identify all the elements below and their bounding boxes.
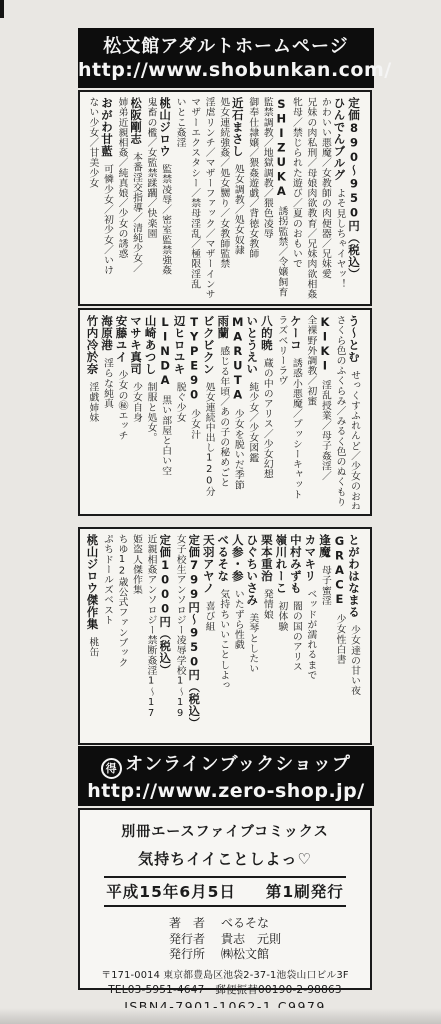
work-titles: いとこ姦淫 [175,97,186,148]
catalog-box-3: とがわはなまる少女達の甘い夜 GRACE少女性白書 逢魔母子蜜淫 カマキリベッド… [78,527,372,745]
catalog-column: 女子校生アンソロジー凌辱学校1〜19 [174,534,189,738]
author-name: 人参・参 [232,534,245,582]
work-titles: 誘拐監禁／令嬢飼育 [276,206,287,297]
credit-label: 発行所 [169,947,205,963]
catalog-column: 栗本重治発情娘 [261,534,276,738]
work-titles: 処女連続強姦／処女嬲り／女教師監禁 [218,97,229,269]
print-date: 平成15年6月5日 [106,880,236,902]
work-titles: ちゆ12歳公式ファンブック [117,534,128,668]
author-name: 逢魔 [319,534,332,558]
credit-value: 貴志 元則 [221,932,281,948]
work-titles: 少女を脱いだ季節 [233,409,244,490]
catalog-column: MARUTA少女を脱いだ季節 [232,315,247,509]
work-titles: 少女達の甘い夜 [349,625,360,696]
catalog-column: マサキ真司少女自身 [131,315,146,509]
edition-label: 第1刷発行 [266,880,344,902]
work-titles: ぷちドールズベスト [102,534,113,625]
author-name: べるそな [218,534,231,582]
work-titles: 黒い部屋と白い空 [160,395,171,476]
catalog-column: 安藤ユイ少女の㊙エッチ [116,315,131,509]
work-titles: 闇の国のアリス [291,601,302,672]
catalog-column: 姫盗人傑作集 [131,534,146,738]
catalog-column: 辺ヒロユキ脱ぐ少女 [174,315,189,509]
catalog-column: 近親相姦アンソロジー禁断姦淫1〜17 [145,534,160,738]
work-titles: 感じる年頃／あの子の秘めごと [218,346,229,487]
catalog-column: かわいい悪魔／女教師の肉便器／兄妹愛 [319,97,334,299]
work-titles: 初体験 [276,601,287,631]
credit-label: 著 者 [169,916,205,932]
author-name: おがわ甘藍 [101,97,114,157]
toku-circle-badge: 得 [101,758,122,779]
work-titles: 監禁凌辱／密室監禁強姦 [160,164,171,275]
work-titles: 純少女／少女図鑑 [247,382,258,463]
catalog-column: 定価799円〜950円（税込） [189,534,204,738]
catalog-column: 鬼畜の檻／女監禁蹂躙／快楽園 [145,97,160,299]
author-name: マサキ真司 [131,315,144,375]
author-name: う〜とむ [348,315,361,363]
credit-value: べるそな [221,916,269,932]
work-titles: ない少女／甘美少女 [87,97,98,188]
author-name: 嶺川れーこ [276,534,289,594]
catalog-column: いとうえい純少女／少女図鑑 [247,315,262,509]
catalog-column: GRACE少女性白書 [334,534,349,738]
catalog-column: マザーエクスタシー／禁母淫乱／極限淫乱 [189,97,204,299]
work-titles: せっくすふれんど／少女のおねだり [349,370,360,509]
work-titles: 蔵の中のアリス／少女幻想 [262,358,273,479]
work-titles: 母子蜜淫 [320,565,331,605]
catalog-column: ラズベリーラヴ [276,315,291,509]
work-titles: 処女調教／処女奴隷 [233,164,244,255]
catalog-column: 雨蘭感じる年頃／あの子の秘めごと [218,315,233,509]
work-titles: 御奉仕隷嬢／猥姦遊戯／背徳女教師 [247,97,258,259]
work-titles: 淫らな純真 [102,358,113,409]
online-shop-banner: 得オンラインブックショップ http://www.zero-shop.jp/ [78,746,374,806]
work-titles: 淫戯姉妹 [87,382,98,422]
catalog-column: いとこ姦淫 [174,97,189,299]
catalog-column: おがわ甘藍可憐少女／初少女／いけ [101,97,116,299]
credit-value: ㈱松文館 [221,947,269,963]
catalog-column: 兄妹の肉私刑／母娘肉欲教育／兄妹肉欲相姦 [305,97,320,299]
catalog-column: ひぐちいさみ美琴としたい [247,534,262,738]
work-titles: 誘惑小悪魔／プッシーキャット [291,358,302,499]
author-name: 近石まさし [232,97,245,157]
work-titles: 淫虐リンチ／マザーファック／マザーインサート [204,97,215,299]
work-titles: 美琴としたい [247,613,258,674]
credit-label: 発行者 [169,932,205,948]
author-name: 定価1000円（税込） [160,534,173,676]
author-name: SHIZUKA [276,97,289,199]
work-titles: 処女連続中出し120分 [204,382,215,497]
credit-row: 著 者 べるそな [169,916,281,932]
author-name: 桃山ジロウ [160,97,173,157]
publisher-address: 〒171-0014 東京都豊島区池袋2-37-1池袋山口ビル3F [80,967,370,981]
catalog-column: 竹内冷於奈淫戯姉妹 [87,315,102,509]
work-titles: 発情娘 [262,589,273,619]
author-name: GRACE [334,534,347,607]
catalog-column: ちゆ12歳公式ファンブック [116,534,131,738]
catalog-box-2: う〜とむせっくすふれんど／少女のおねだり さくら色のふくらみ／みるく色のぬくもり… [78,308,372,516]
catalog-column: 姉弟近親相姦／純真娘／少女の誘惑 [116,97,131,299]
shop-banner-label: オンラインブックショップ [125,754,351,775]
catalog-column: ない少女／甘美少女 [87,97,102,299]
catalog-column: 処女連続強姦／処女嬲り／女教師監禁 [218,97,233,299]
author-name: 雨蘭 [218,315,231,339]
catalog-column: ぷちドールズベスト [101,534,116,738]
catalog-column: 中村みずも闇の国のアリス [290,534,305,738]
work-titles: 喜び組 [204,601,215,631]
work-titles: 少女自身 [131,382,142,422]
author-name: 定価890〜950円（税込） [348,97,361,280]
scanned-colophon-page: 松文館アダルトホームページ http://www.shobunkan.com/ … [0,0,441,1024]
author-name: 海原港 [101,315,114,351]
work-titles: さくら色のふくらみ／みるく色のぬくもり [334,315,345,507]
work-titles: 脱ぐ少女 [175,382,186,422]
work-titles: 近親相姦アンソロジー禁断姦淫1〜17 [146,534,157,719]
author-name: 松阪剛志 [131,97,144,145]
catalog-column: 淫虐リンチ／マザーファック／マザーインサート [203,97,218,299]
work-titles: 少女汁 [189,409,200,439]
print-date-row: 平成15年6月5日 第1刷発行 [104,876,346,907]
catalog-column: 逢魔母子蜜淫 [319,534,334,738]
catalog-column: さくら色のふくらみ／みるく色のぬくもり [334,315,349,509]
work-titles: 気持ちいいことしよっ [218,589,229,690]
work-titles: 本番淫交指導／清純少女／ [131,152,142,273]
catalog-column: ビクビクン処女連続中出し120分 [203,315,218,509]
work-titles: 制服と処女。 [146,382,157,443]
catalog-column: 御奉仕隷嬢／猥姦遊戯／背徳女教師 [247,97,262,299]
credits-block: 著 者 べるそな 発行者 貴志 元則 発行所 ㈱松文館 [169,916,281,963]
author-name: カマキリ [305,534,318,582]
author-name: 竹内冷於奈 [87,315,100,375]
work-titles: 少女の㊙エッチ [117,370,128,441]
work-titles: 女子校生アンソロジー凌辱学校1〜19 [175,534,186,719]
work-titles: 桃缶 [87,637,98,657]
catalog-column: 定価1000円（税込） [160,534,175,738]
catalog-column: LINDA黒い部屋と白い空 [160,315,175,509]
author-name: LINDA [160,315,173,388]
series-title: 別冊エースファイブコミックス [80,821,370,841]
catalog-column: 監禁調教／地獄調教／猥色凌辱 [261,97,276,299]
catalog-column: ひんでんブルグよそ見しちゃイヤッ！ [334,97,349,299]
work-titles: 少女性白書 [334,614,345,665]
scan-edge-artifact [0,0,4,18]
author-name: 辺ヒロユキ [174,315,187,375]
work-titles: 可憐少女／初少女／いけ [102,164,113,275]
work-titles: 姫盗人傑作集 [131,534,142,595]
catalog-column: 牝母／禁じられた遊び／夏のおもいで [290,97,305,299]
author-name: 天羽アヤノ [203,534,216,594]
author-name: 安藤ユイ [116,315,129,363]
catalog-column: 近石まさし処女調教／処女奴隷 [232,97,247,299]
catalog-column: KIKI淫乱授業／母子姦淫／ [319,315,334,509]
author-name: 中村みずも [290,534,303,594]
catalog-column: 海原港淫らな純真 [101,315,116,509]
book-title: 気持ちイイことしよっ♡ [80,848,370,869]
catalog-column: 山崎あつし制服と処女。 [145,315,160,509]
credit-row: 発行者 貴志 元則 [169,932,281,948]
work-titles: ラズベリーラヴ [276,315,287,386]
credit-row: 発行所 ㈱松文館 [169,947,281,963]
work-titles: マザーエクスタシー／禁母淫乱／極限淫乱 [189,97,200,289]
work-titles: ベッドが濡れるまで [305,589,316,680]
banner-url: http://www.shobunkan.com/ [78,58,374,83]
author-name: ひんでんブルグ [334,97,347,181]
tel-postal-line: TEL03-5951-4647 郵便振替00190-2-98863 [80,982,370,997]
work-titles: 兄妹の肉私刑／母娘肉欲教育／兄妹肉欲相姦 [305,97,316,299]
catalog-column: 桃山ジロウ傑作集桃缶 [87,534,102,738]
work-titles: 姉弟近親相姦／純真娘／少女の誘惑 [117,97,128,259]
author-name: ケーコ [290,315,303,351]
catalog-column: SHIZUKA誘拐監禁／令嬢飼育 [276,97,291,299]
catalog-column: 全裸野外調教／初蜜 [305,315,320,509]
author-name: TYPE90 [189,315,202,402]
author-name: 栗本重治 [261,534,274,582]
work-titles: よそ見しちゃイヤッ！ [334,188,345,289]
author-name: MARUTA [232,315,245,402]
catalog-column: 人参・参いたずら性戯 [232,534,247,738]
author-name: ひぐちいさみ [247,534,260,606]
catalog-column: 定価890〜950円（税込） [348,97,363,299]
catalog-column: TYPE90少女汁 [189,315,204,509]
catalog-column: べるそな気持ちいいことしよっ [218,534,233,738]
author-name: 桃山ジロウ傑作集 [87,534,100,630]
catalog-column: 桃山ジロウ監禁凌辱／密室監禁強姦 [160,97,175,299]
catalog-column: 八的暁蔵の中のアリス／少女幻想 [261,315,276,509]
catalog-column: 嶺川れーこ初体験 [276,534,291,738]
work-titles: 鬼畜の檻／女監禁蹂躙／快楽園 [146,97,157,238]
catalog-box-1: 定価890〜950円（税込） ひんでんブルグよそ見しちゃイヤッ！ かわいい悪魔／… [78,90,372,306]
author-name: 定価799円〜950円（税込） [189,534,202,729]
work-titles: いたずら性戯 [233,589,244,650]
colophon-box: 別冊エースファイブコミックス 気持ちイイことしよっ♡ 平成15年6月5日 第1刷… [78,808,372,990]
work-titles: 淫乱授業／母子姦淫／ [320,380,331,481]
banner-title: 松文館アダルトホームページ [78,35,374,58]
catalog-column: ケーコ誘惑小悪魔／プッシーキャット [290,315,305,509]
catalog-column: とがわはなまる少女達の甘い夜 [348,534,363,738]
author-name: とがわはなまる [348,534,361,618]
catalog-column: 天羽アヤノ喜び組 [203,534,218,738]
banner-title: 得オンラインブックショップ [78,753,374,779]
scan-shade-bottom [0,1008,441,1024]
author-name: いとうえい [247,315,260,375]
author-name: ビクビクン [203,315,216,375]
catalog-column: う〜とむせっくすふれんど／少女のおねだり [348,315,363,509]
author-name: 山崎あつし [145,315,158,375]
work-titles: かわいい悪魔／女教師の肉便器／兄妹愛 [320,97,331,279]
work-titles: 監禁調教／地獄調教／猥色凌辱 [262,97,273,238]
catalog-column: カマキリベッドが濡れるまで [305,534,320,738]
work-titles: 全裸野外調教／初蜜 [305,315,316,406]
author-name: KIKI [319,315,332,373]
adult-homepage-banner: 松文館アダルトホームページ http://www.shobunkan.com/ [78,28,374,88]
catalog-column: 松阪剛志本番淫交指導／清純少女／ [131,97,146,299]
banner-url: http://www.zero-shop.jp/ [78,779,374,804]
author-name: 八的暁 [261,315,274,351]
work-titles: 牝母／禁じられた遊び／夏のおもいで [291,97,302,269]
